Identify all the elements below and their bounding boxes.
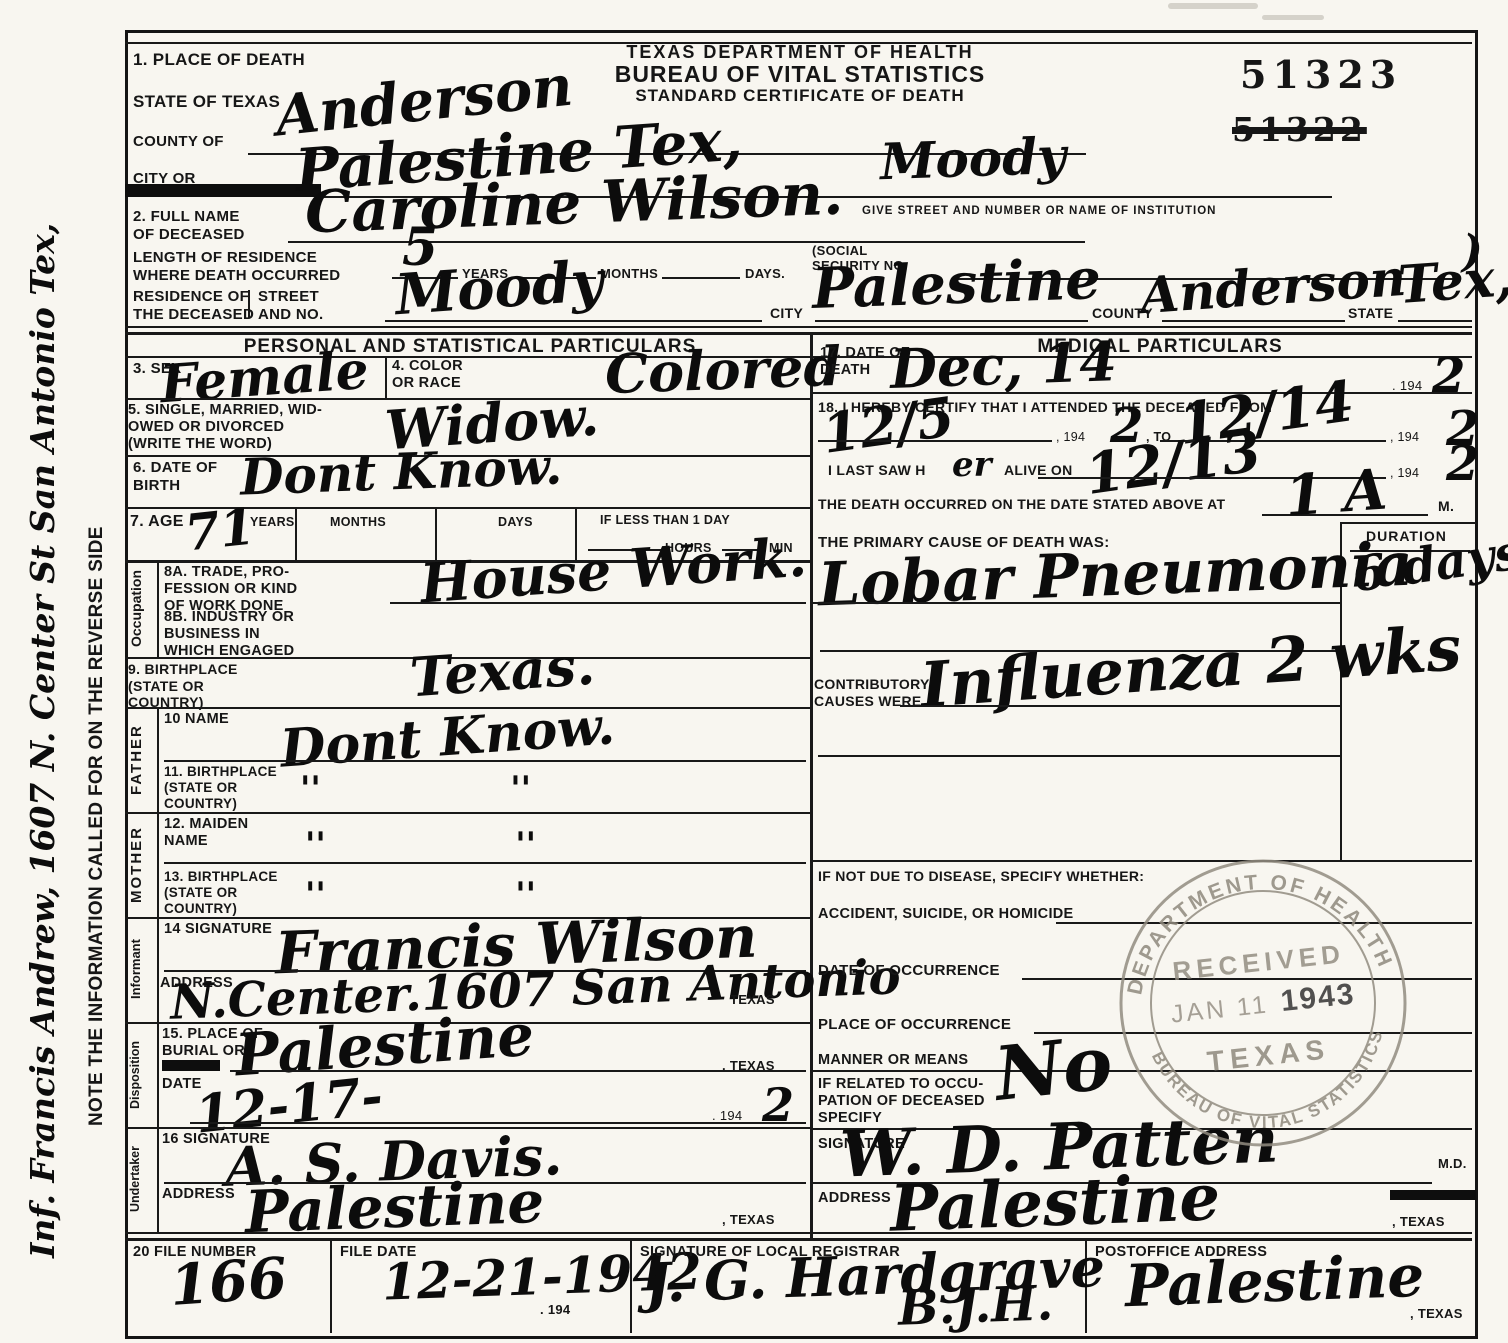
state-value-2: Tex, <box>1396 252 1508 312</box>
related-occupation-value: No <box>991 1026 1115 1112</box>
stamp-date-light: JAN 11 <box>1170 990 1271 1028</box>
death-occurred-label: THE DEATH OCCURRED ON THE DATE STATED AB… <box>818 496 1225 513</box>
rule <box>390 602 806 604</box>
postoffice-value: Palestine <box>1124 1247 1425 1315</box>
birthdate-label: 6. DATE OF BIRTH <box>133 459 217 494</box>
rule <box>330 1238 332 1333</box>
father-birthplace-label: 11. BIRTHPLACE (STATE OR COUNTRY) <box>164 764 277 812</box>
age-label: 7. AGE <box>130 513 184 532</box>
residence-of-label: RESIDENCE OF THE DECEASED <box>133 288 254 323</box>
age-value: 71 <box>183 501 257 558</box>
institution-caption: GIVE STREET AND NUMBER OR NAME OF INSTIT… <box>862 205 1216 219</box>
lastsaw-year-printed: , 194 <box>1390 466 1419 481</box>
industry-label: 8B. INDUSTRY OR BUSINESS IN WHICH ENGAGE… <box>164 609 294 660</box>
birthplace-value: Texas. <box>408 638 596 705</box>
rule <box>662 277 740 279</box>
informant-address-suffix: TEXAS <box>730 992 775 1007</box>
county-of-label: COUNTY OF <box>133 133 224 151</box>
physician-address-value: Palestine <box>889 1166 1221 1241</box>
father-name-label: 10 NAME <box>164 711 229 728</box>
birthdate-value: Dont Know. <box>239 441 563 502</box>
place-occurrence-label: PLACE OF OCCURRENCE <box>818 1016 1011 1034</box>
stamp-date-dark: 1943 <box>1279 977 1357 1018</box>
rule <box>164 862 806 864</box>
city-value-2: Palestine <box>811 251 1102 317</box>
months-label: MONTHS <box>600 266 658 281</box>
lastsaw-year-hw: 2 <box>1446 440 1479 488</box>
certificate-number-struck: 51322 <box>1232 110 1367 149</box>
rule <box>900 705 1340 707</box>
physician-address-label: ADDRESS <box>818 1190 891 1207</box>
disposition-side-label: Disposition <box>128 1024 156 1125</box>
svg-text:JAN 11 1943: JAN 11 1943 <box>1169 977 1357 1029</box>
rule <box>125 812 810 814</box>
age-days-label: DAYS <box>498 515 533 530</box>
redaction-bar <box>1390 1190 1476 1200</box>
age-months-label: MONTHS <box>330 515 386 530</box>
informant-side-label: Informant <box>128 919 156 1020</box>
father-birthplace-value: '' '' <box>300 772 531 806</box>
age-ifless-label: IF LESS THAN 1 DAY <box>600 513 730 528</box>
death-occurred-suffix: M. <box>1438 498 1454 515</box>
rule <box>157 1127 159 1232</box>
file-number-value: 166 <box>168 1250 289 1314</box>
street-value: Moody <box>393 253 605 323</box>
age-years-label: YEARS <box>250 515 295 530</box>
institution-value: Moody <box>879 131 1067 187</box>
last-saw-er-hw: er <box>952 448 992 482</box>
rule <box>1340 522 1476 524</box>
rule <box>157 1022 159 1127</box>
rule <box>157 812 159 917</box>
certificate-number: 51323 <box>1240 52 1402 97</box>
registrar-initials-value: B.J.H. <box>897 1279 1054 1332</box>
undertaker-address-label: ADDRESS <box>162 1186 235 1203</box>
rule <box>125 1232 1472 1234</box>
dept-title-line2: BUREAU OF VITAL STATISTICS <box>545 61 1055 88</box>
redaction-bar <box>125 184 321 197</box>
state-label-2: STATE <box>1348 305 1393 322</box>
informant-signature-label: 14 SIGNATURE <box>164 921 272 938</box>
margin-informant-note: Inf. Francis Andrew, 1607 N. Center St S… <box>26 53 59 1258</box>
scan-artifact <box>1262 15 1324 20</box>
death-occurred-time-value: 1 A <box>1283 462 1389 525</box>
attended-from-value: 12/5 <box>819 389 958 461</box>
color-race-label: 4. COLOR OR RACE <box>392 358 463 392</box>
rule <box>818 755 1340 757</box>
days-label: DAYS. <box>745 266 785 281</box>
mother-birthplace-value: '' '' <box>305 878 536 912</box>
maiden-name-value: '' '' <box>305 828 536 862</box>
date-occurrence-label: DATE OF OCCURRENCE <box>818 962 1000 980</box>
last-saw-label1: I LAST SAW H <box>828 462 926 479</box>
death-certificate-scan: Inf. Francis Andrew, 1607 N. Center St S… <box>0 0 1508 1343</box>
rule <box>818 440 1052 442</box>
mother-birthplace-label: 13. BIRTHPLACE (STATE OR COUNTRY) <box>164 869 278 917</box>
dept-title-line3: STANDARD CERTIFICATE OF DEATH <box>545 86 1055 106</box>
fullname-label: 2. FULL NAME OF DECEASED <box>133 208 245 243</box>
redaction-bar <box>162 1060 220 1071</box>
undertaker-side-label: Undertaker <box>128 1129 156 1230</box>
rule <box>295 507 297 560</box>
color-race-value: Colored <box>604 339 842 401</box>
stamp-received: RECEIVED <box>1171 938 1346 986</box>
rule <box>157 917 159 1022</box>
rule <box>157 707 159 812</box>
stamp-state: TEXAS <box>1206 1033 1332 1077</box>
rule <box>125 1238 1472 1241</box>
rule <box>810 602 1340 604</box>
birthplace-label: 9. BIRTHPLACE (STATE OR COUNTRY) <box>128 661 238 711</box>
received-stamp: DEPARTMENT OF HEALTH BUREAU OF VITAL STA… <box>1090 830 1435 1175</box>
rule <box>248 290 250 318</box>
physician-md-suffix: M.D. <box>1438 1156 1467 1171</box>
undertaker-address-value: Palestine <box>244 1173 545 1241</box>
accident-label: ACCIDENT, SUICIDE, OR HOMICIDE <box>818 906 1074 923</box>
city-label-2: CITY <box>770 305 803 322</box>
undertaker-address-suffix: , TEXAS <box>722 1212 775 1227</box>
rule <box>385 356 387 398</box>
rule <box>1398 320 1472 322</box>
file-date-year-printed: . 194 <box>540 1302 570 1317</box>
length-of-residence-label: LENGTH OF RESIDENCE WHERE DEATH OCCURRED <box>133 249 340 284</box>
rule <box>190 1122 806 1124</box>
svg-text:DEPARTMENT OF HEALTH: DEPARTMENT OF HEALTH <box>1112 857 1398 999</box>
physician-address-suffix: , TEXAS <box>1392 1214 1445 1229</box>
postoffice-suffix: , TEXAS <box>1410 1306 1463 1321</box>
state-of-texas-label: STATE OF TEXAS <box>133 92 280 112</box>
rule <box>125 326 1472 328</box>
street-and-no-label: STREET AND NO. <box>258 288 323 323</box>
stamp-top-arc: DEPARTMENT OF HEALTH <box>1112 857 1398 999</box>
occupation-side-label: Occupation <box>128 562 156 655</box>
mother-side-label: MOTHER <box>128 814 156 915</box>
rule <box>157 560 159 657</box>
to-year-printed: , 194 <box>1390 430 1419 445</box>
place-of-death-label: 1. PLACE OF DEATH <box>133 50 305 70</box>
father-side-label: FATHER <box>128 709 156 810</box>
scan-artifact <box>1168 3 1258 9</box>
manner-means-label: MANNER OR MEANS <box>818 1052 968 1069</box>
column-divider <box>810 332 813 1238</box>
fullname-value: Caroline Wilson. <box>304 165 844 242</box>
rule <box>164 760 806 762</box>
trade-label: 8A. TRADE, PRO- FESSION OR KIND OF WORK … <box>164 564 297 615</box>
maiden-name-label: 12. MAIDEN NAME <box>164 816 248 850</box>
margin-reverse-side-note: NOTE THE INFORMATION CALLED FOR ON THE R… <box>86 326 108 1126</box>
